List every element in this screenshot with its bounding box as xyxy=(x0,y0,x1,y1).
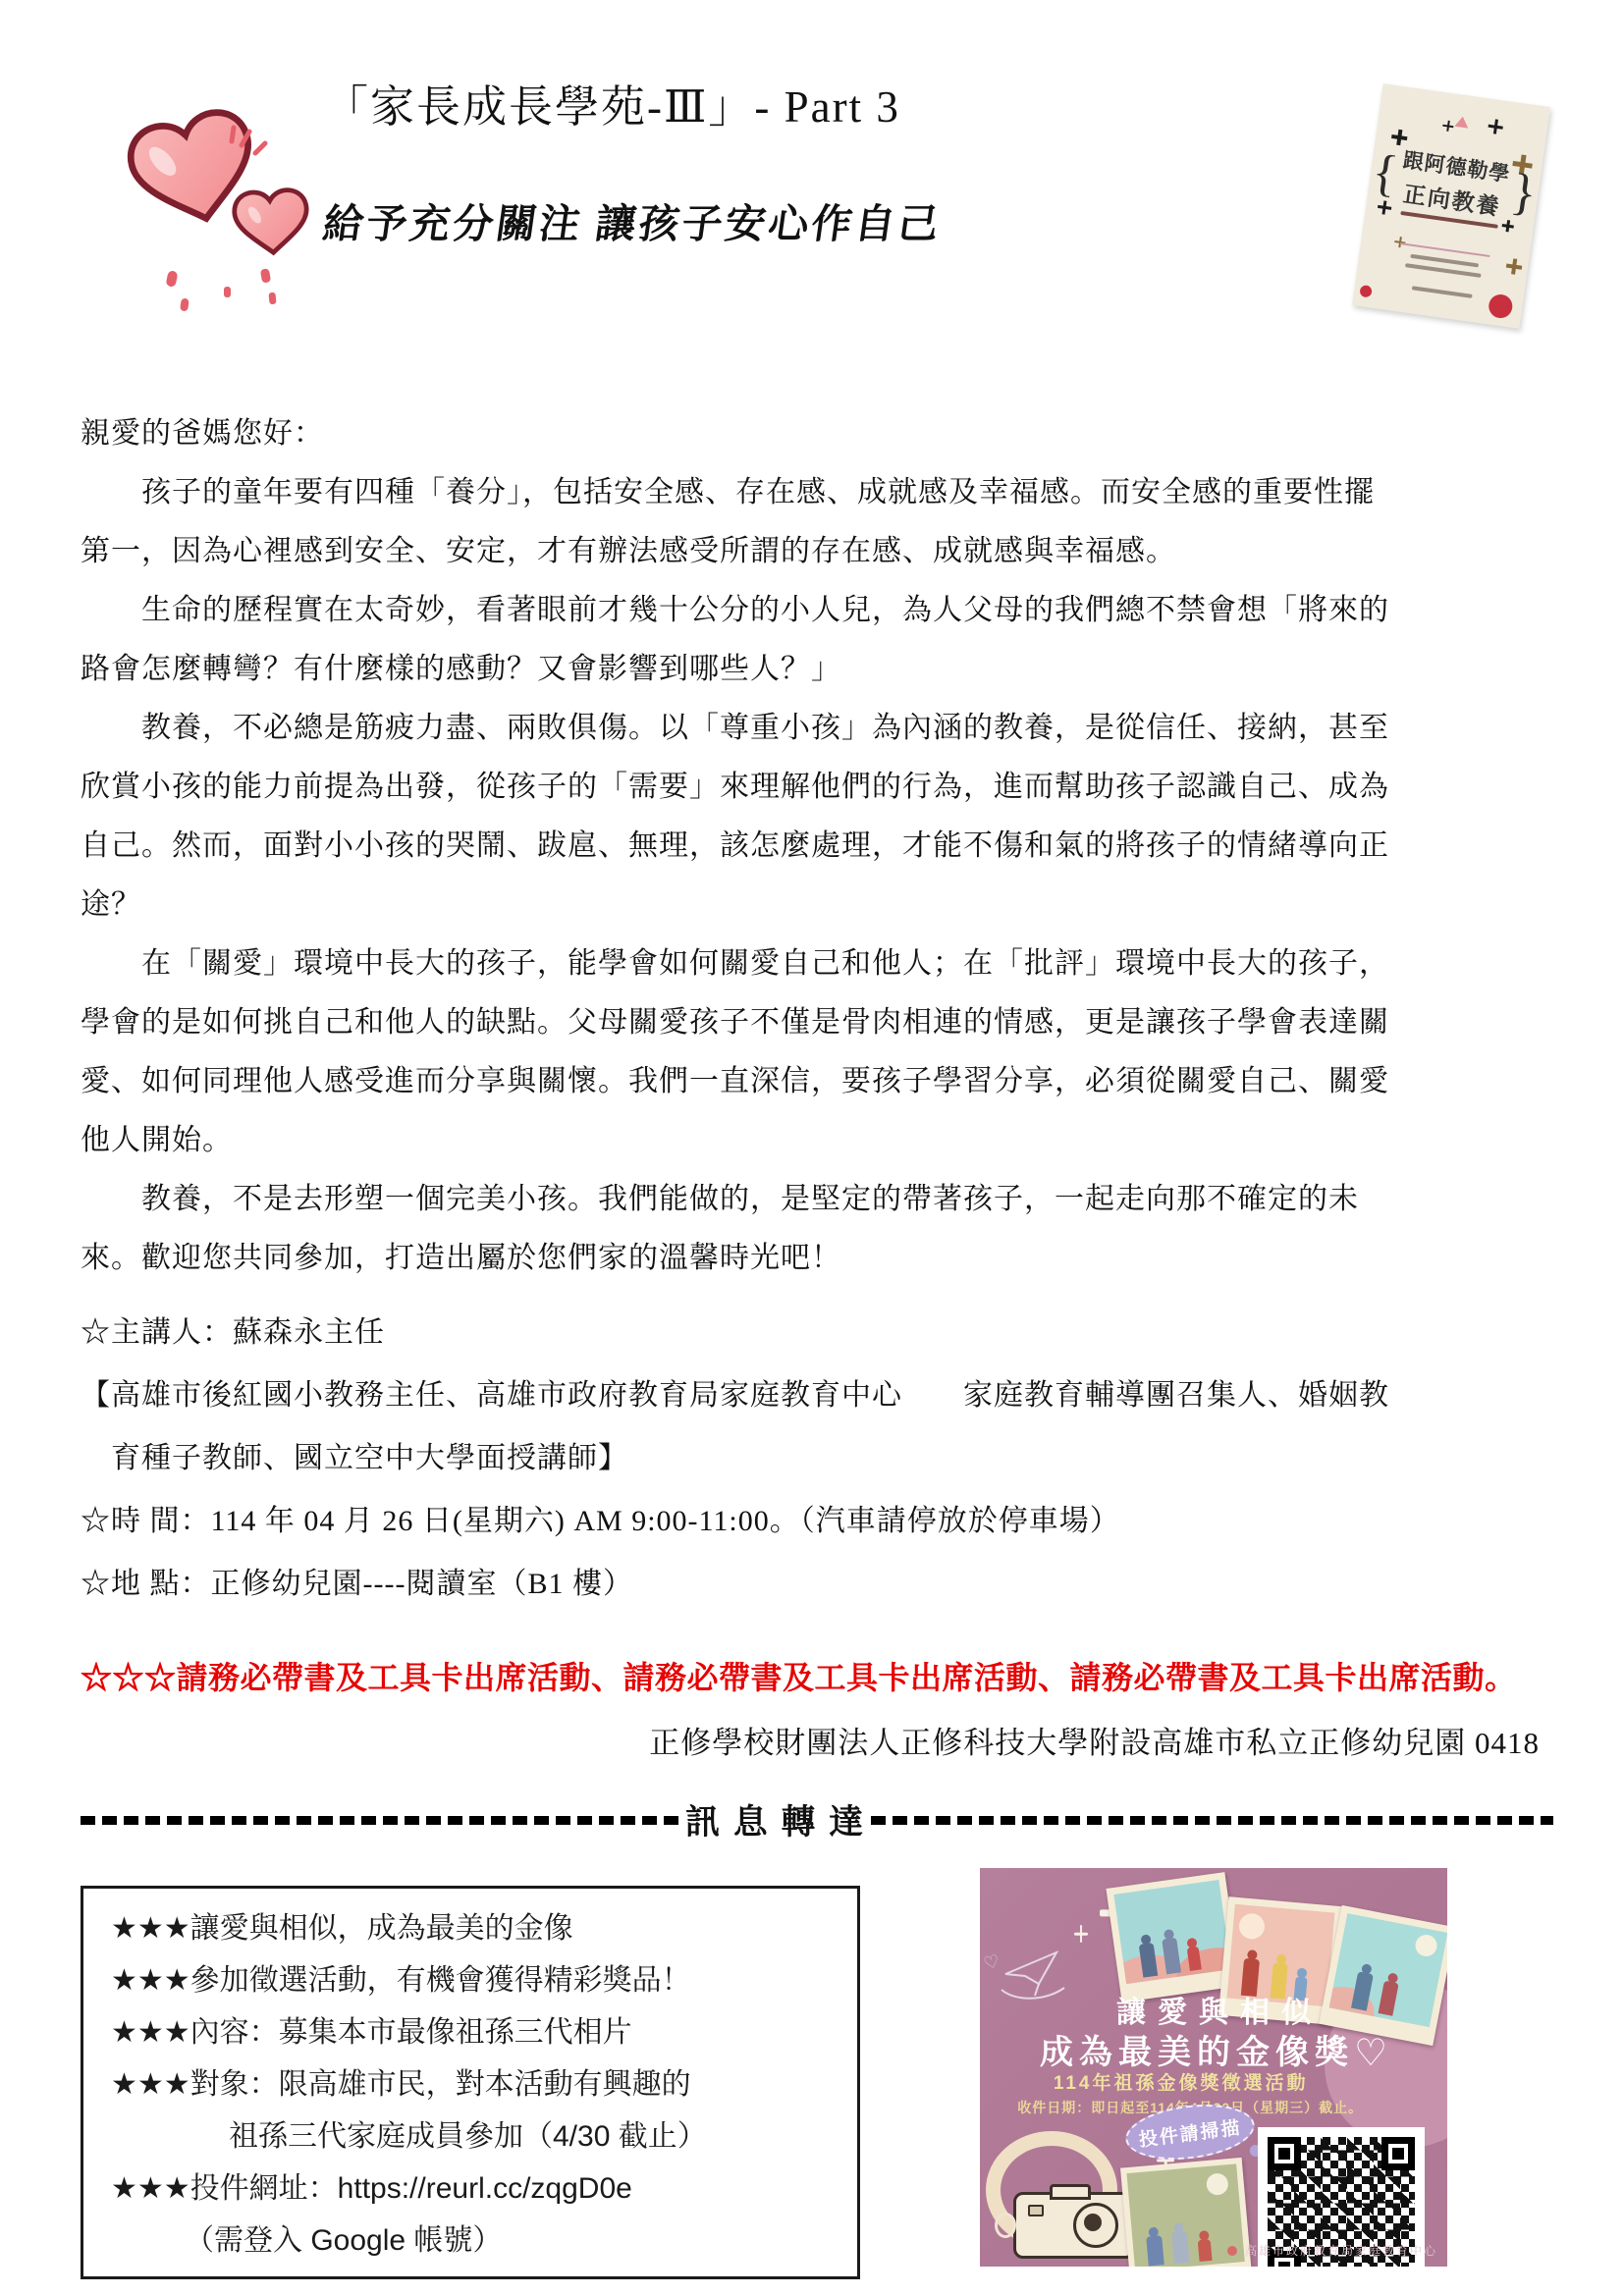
red-dot xyxy=(1359,285,1373,298)
person-figure xyxy=(1171,2231,1190,2264)
sparkle-icon xyxy=(1074,1925,1088,1943)
info-line: ☆主講人：蘇森永主任 xyxy=(81,1302,1553,1364)
plus-icon xyxy=(1488,119,1504,135)
letter-line: 路會怎麼轉彎？有什麼樣的感動？又會影響到哪些人？」 xyxy=(81,640,1553,699)
letter-line: 愛、如何同理他人感受進而分享與關懷。我們一直深信，要孩子學習分享，必須從關愛自己… xyxy=(81,1052,1553,1111)
bottom-section: ★★★讓愛與相似，成為最美的金像★★★參加徵選活動，有機會獲得精彩獎品！★★★內… xyxy=(81,1886,1553,2279)
plus-icon xyxy=(1505,257,1523,275)
letter-line: 教養，不必總是筋疲力盡、兩敗俱傷。以「尊重小孩」為內涵的教養，是從信任、接納，甚… xyxy=(81,699,1553,758)
message-box-line: ★★★對象：限高雄市民，對本活動有興趣的 xyxy=(111,2058,857,2110)
info-line: ☆時 間：114 年 04 月 26 日(星期六) AM 9:00-11:00。… xyxy=(81,1490,1553,1553)
letter-body: 親愛的爸媽您好： 孩子的童年要有四種「養分」，包括安全感、存在感、成就感及幸福感… xyxy=(81,404,1553,1288)
letter-line: 欣賞小孩的能力前提為出發，從孩子的「需要」來理解他們的行為，進而幫助孩子認識自己… xyxy=(81,758,1553,817)
header-titles: 「家長成長學苑-Ⅲ」- Part 3 給予充分關注 讓孩子安心作自己 xyxy=(324,71,893,249)
message-box-line: ★★★讓愛與相似，成為最美的金像 xyxy=(111,1902,857,1954)
letter-line: 自己。然而，面對小小孩的哭鬧、跋扈、無理，該怎麼處理，才能不傷和氣的將孩子的情緒… xyxy=(81,817,1553,876)
camera-illustration xyxy=(1013,2192,1135,2259)
message-divider: 訊 息 轉 達 xyxy=(81,1795,1553,1844)
book-title: { 跟阿德勒學 正向教養 } xyxy=(1375,141,1536,226)
message-box: ★★★讓愛與相似，成為最美的金像★★★參加徵選活動，有機會獲得精彩獎品！★★★內… xyxy=(81,1886,860,2279)
poster-footer: 高雄市政府教育局家庭教育中心 xyxy=(1227,2242,1437,2259)
message-box-line: 祖孫三代家庭成員參加（4/30 截止） xyxy=(111,2110,857,2163)
info-line: 育種子教師、國立空中大學面授講師】 xyxy=(81,1427,1553,1490)
letter-line: 他人開始。 xyxy=(81,1111,1553,1170)
camera-lens xyxy=(1073,2203,1118,2248)
brace-right: } xyxy=(1508,166,1540,220)
letter-line: 途？ xyxy=(81,876,1553,934)
camera-strap xyxy=(995,2213,1016,2238)
event-info: ☆主講人：蘇森永主任【高雄市後紅國小教務主任、高雄市政府教育局家庭教育中心 家庭… xyxy=(81,1302,1553,1616)
letter-line: 學會的是如何挑自己和他人的缺點。父母關愛孩子不僅是骨肉相連的情感，更是讓孩子學會… xyxy=(81,993,1553,1052)
letter-line: 孩子的童年要有四種「養分」，包括安全感、存在感、成就感及幸福感。而安全感的重要性… xyxy=(81,463,1553,522)
poster-footer-text: 高雄市政府教育局家庭教育中心 xyxy=(1245,2242,1437,2259)
info-line: ☆地 點：正修幼兒園----閱讀室（B1 樓） xyxy=(81,1553,1553,1616)
info-line: 【高雄市後紅國小教務主任、高雄市政府教育局家庭教育中心 家庭教育輔導團召集人、婚… xyxy=(81,1364,1553,1427)
plus-icon xyxy=(1442,120,1454,132)
qr-finder xyxy=(1268,2137,1301,2170)
page-subtitle: 給予充分關注 讓孩子安心作自己 xyxy=(320,191,897,249)
camera-button xyxy=(1028,2205,1044,2216)
letter-line: 第一，因為心裡感到安全、安定，才有辦法感受所謂的存在感、成就感與幸福感。 xyxy=(81,522,1553,581)
message-box-line: ★★★參加徵選活動，有機會獲得精彩獎品！ xyxy=(111,1954,857,2006)
warning-text: ☆☆☆請務必帶書及工具卡出席活動、請務必帶書及工具卡出席活動、請務必帶書及工具卡… xyxy=(81,1653,1553,1698)
poster-title-text: 成為最美的金像獎 xyxy=(1040,2034,1354,2071)
message-box-line: ★★★內容：募集本市最像祖孫三代相片 xyxy=(111,2006,857,2058)
hearts-illustration xyxy=(116,69,322,334)
message-box-line: （需登入 Google 帳號） xyxy=(111,2215,857,2267)
letter-line: 教養，不是去形塑一個完美小孩。我們能做的，是堅定的帶著孩子，一起走向那不確定的未 xyxy=(81,1170,1553,1229)
divider-dashes-right xyxy=(871,1816,1553,1825)
letter-line: 親愛的爸媽您好： xyxy=(81,404,1553,463)
letter-line: 來。歡迎您共同參加，打造出屬於您們家的溫馨時光吧！ xyxy=(81,1229,1553,1288)
person-figure xyxy=(1146,2235,1164,2266)
letter-line: 在「關愛」環境中長大的孩子，能學會如何關愛自己和他人；在「批評」環境中長大的孩子… xyxy=(81,934,1553,993)
letter-flow: 親愛的爸媽您好： 孩子的童年要有四種「養分」，包括安全感、存在感、成就感及幸福感… xyxy=(81,404,1553,2279)
qr-finder xyxy=(1381,2137,1415,2170)
flyer-page: 「家長成長學苑-Ⅲ」- Part 3 給予充分關注 讓孩子安心作自己 { 跟阿德… xyxy=(0,0,1624,2296)
red-circle xyxy=(1488,293,1514,319)
book-subtext-bar xyxy=(1412,286,1473,298)
message-box-line: ★★★投件網址：https://reurl.cc/zqgD0e xyxy=(111,2163,857,2215)
divider-dashes-left xyxy=(81,1816,679,1825)
poster-subtitle: 114年祖孫金像獎徵選活動 xyxy=(980,2068,1381,2095)
letter-line: 生命的歷程實在太奇妙，看著眼前才幾十公分的小人兒，為人父母的我們總不禁會想「將來… xyxy=(81,581,1553,640)
organization-line: 正修學校財團法人正修科技大學附設高雄市私立正修幼兒園 0418 xyxy=(81,1718,1553,1762)
page-title: 「家長成長學苑-Ⅲ」- Part 3 xyxy=(324,71,893,134)
person-figure xyxy=(1198,2239,1213,2262)
org-logo-dot xyxy=(1227,2246,1237,2256)
triangle-decoration xyxy=(1454,116,1469,129)
divider-label: 訊 息 轉 達 xyxy=(679,1795,871,1844)
brace-left: { xyxy=(1370,146,1401,200)
book-cover-illustration: { 跟阿德勒學 正向教養 } xyxy=(1352,83,1550,329)
moon-decoration xyxy=(1206,2172,1229,2196)
event-poster: ♡ xyxy=(980,1868,1447,2267)
